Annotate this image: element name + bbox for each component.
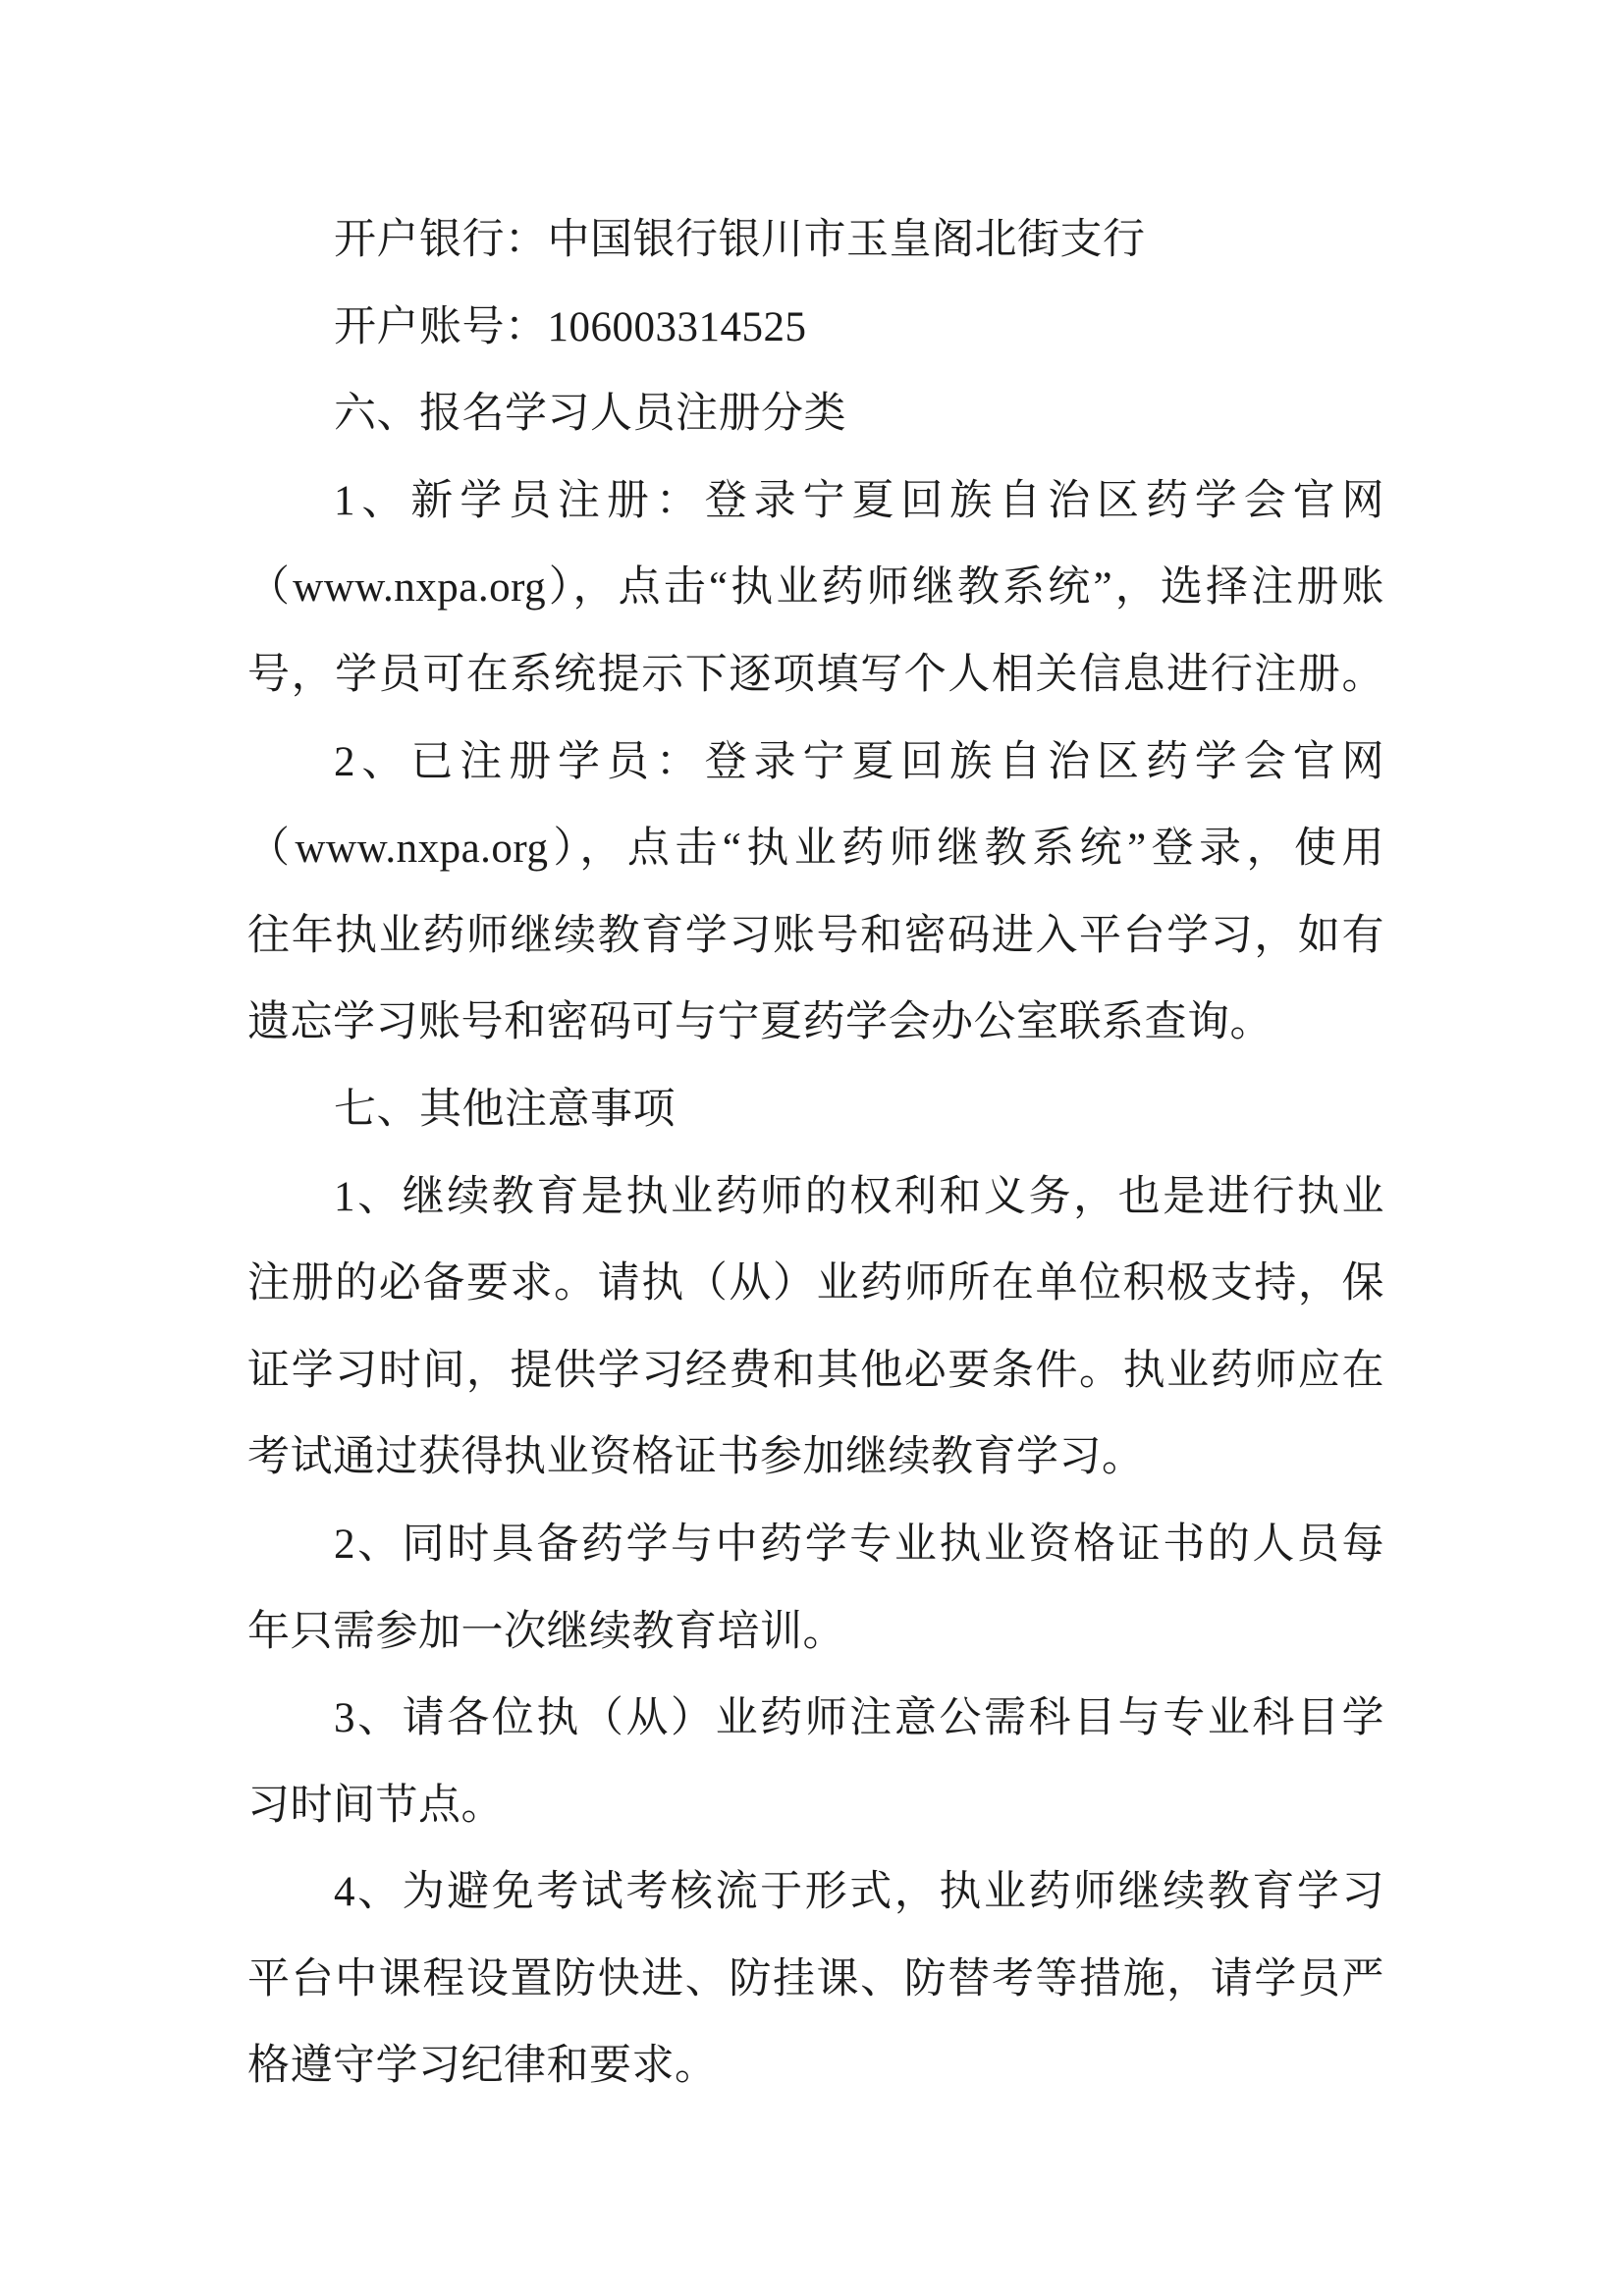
- text-line: 年只需参加一次继续教育培训。: [247, 1589, 1384, 1677]
- document-body: 开户银行：中国银行银川市玉皇阁北街支行开户账号：106003314525六、报名…: [247, 197, 1384, 2110]
- text-line: 2、同时具备药学与中药学专业执业资格证书的人员每: [247, 1502, 1384, 1589]
- text-line: 4、为避免考试考核流于形式，执业药师继续教育学习: [247, 1849, 1384, 1937]
- text-line: 开户账号：106003314525: [247, 285, 1384, 372]
- text-line: 3、请各位执（从）业药师注意公需科目与专业科目学: [247, 1676, 1384, 1763]
- text-line: 往年执业药师继续教育学习账号和密码进入平台学习，如有: [247, 893, 1384, 981]
- text-line: 考试通过获得执业资格证书参加继续教育学习。: [247, 1415, 1384, 1502]
- text-line: 号，学员可在系统提示下逐项填写个人相关信息进行注册。: [247, 632, 1384, 720]
- text-line: （www.nxpa.org），点击“执业药师继教系统”登录，使用: [247, 806, 1384, 893]
- text-line: 遗忘学习账号和密码可与宁夏药学会办公室联系查询。: [247, 980, 1384, 1067]
- text-line: 1、新学员注册：登录宁夏回族自治区药学会官网: [247, 458, 1384, 546]
- text-line: （www.nxpa.org），点击“执业药师继教系统”，选择注册账: [247, 545, 1384, 632]
- text-line: 开户银行：中国银行银川市玉皇阁北街支行: [247, 197, 1384, 285]
- text-line: 证学习时间，提供学习经费和其他必要条件。执业药师应在: [247, 1328, 1384, 1415]
- text-line: 注册的必备要求。请执（从）业药师所在单位积极支持，保: [247, 1241, 1384, 1328]
- text-line: 平台中课程设置防快进、防挂课、防替考等措施，请学员严: [247, 1937, 1384, 2024]
- text-line: 1、继续教育是执业药师的权利和义务，也是进行执业: [247, 1154, 1384, 1242]
- text-line: 七、其他注意事项: [247, 1067, 1384, 1154]
- text-line: 习时间节点。: [247, 1763, 1384, 1850]
- text-line: 六、报名学习人员注册分类: [247, 371, 1384, 458]
- text-line: 格遵守学习纪律和要求。: [247, 2023, 1384, 2110]
- document-page: 开户银行：中国银行银川市玉皇阁北街支行开户账号：106003314525六、报名…: [0, 0, 1624, 2296]
- text-line: 2、已注册学员：登录宁夏回族自治区药学会官网: [247, 720, 1384, 807]
